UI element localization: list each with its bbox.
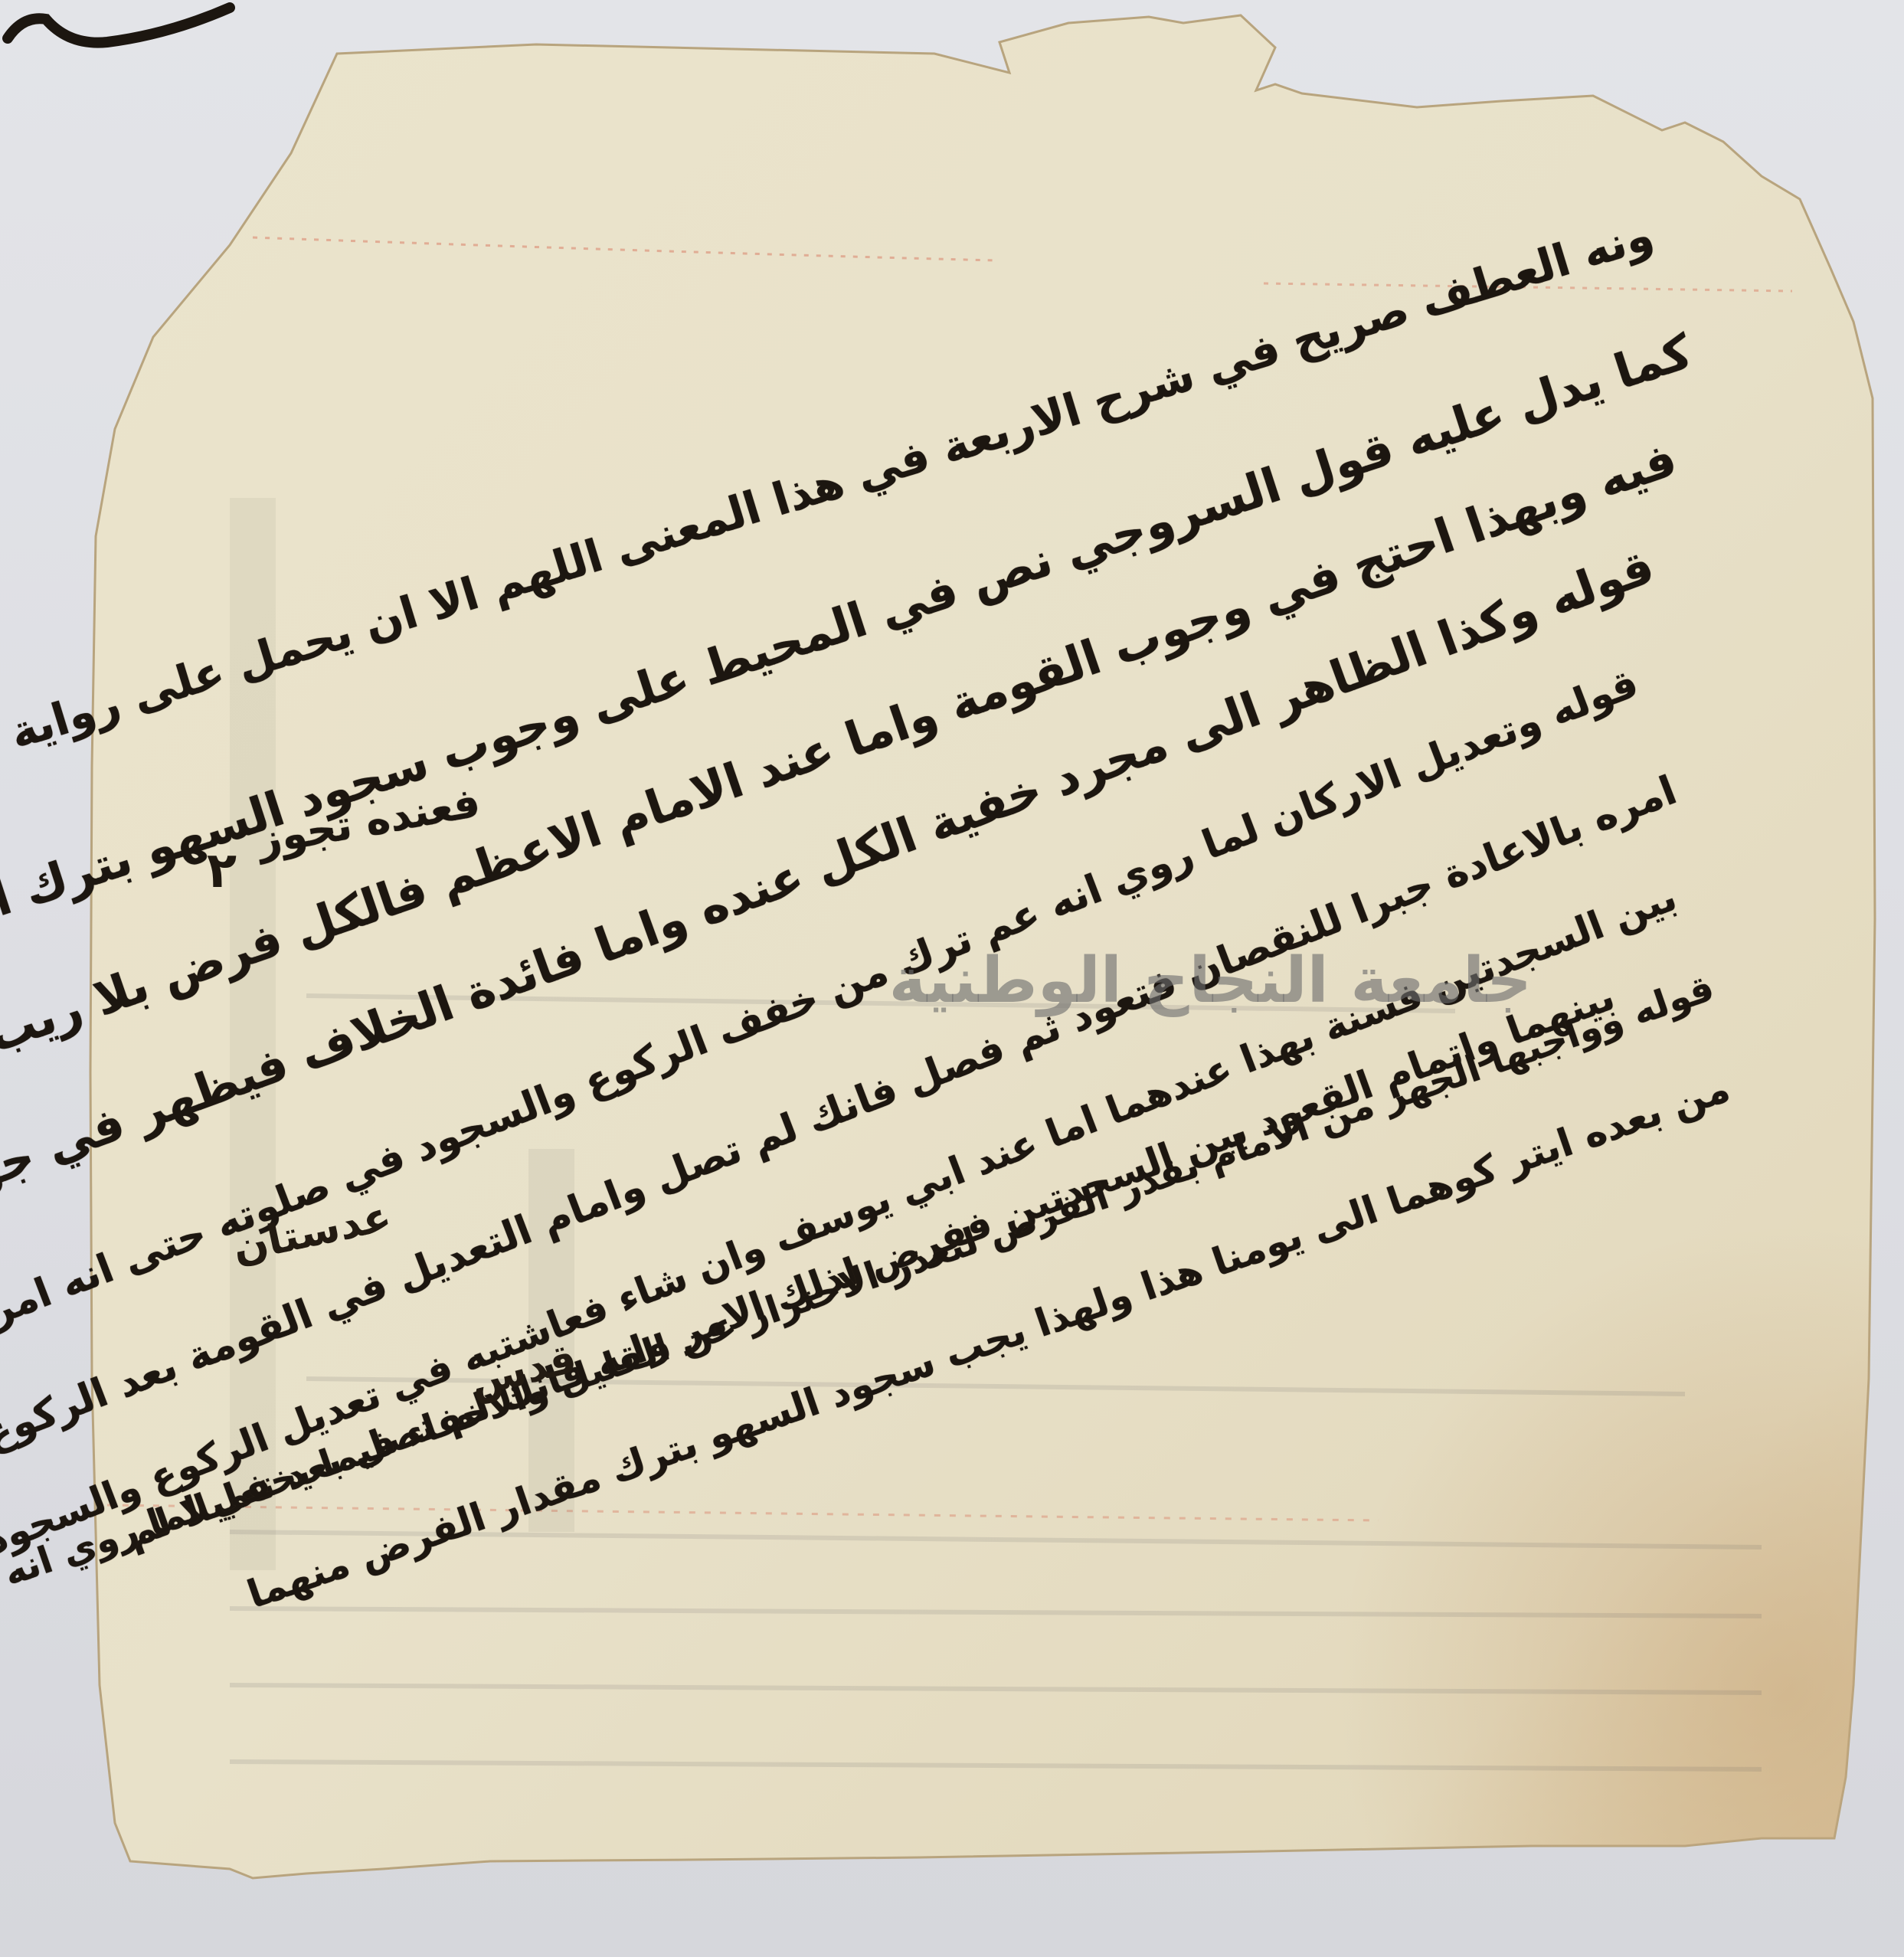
scene-background: ٢ ونه العطف صريح في شرح الاربعة في هذا ا… [0, 0, 1904, 1957]
manuscript-page: ٢ ونه العطف صريح في شرح الاربعة في هذا ا… [0, 0, 1904, 1957]
heading-flourish [0, 0, 253, 84]
watermark: جامعة النجاح الوطنية [996, 950, 1532, 1013]
